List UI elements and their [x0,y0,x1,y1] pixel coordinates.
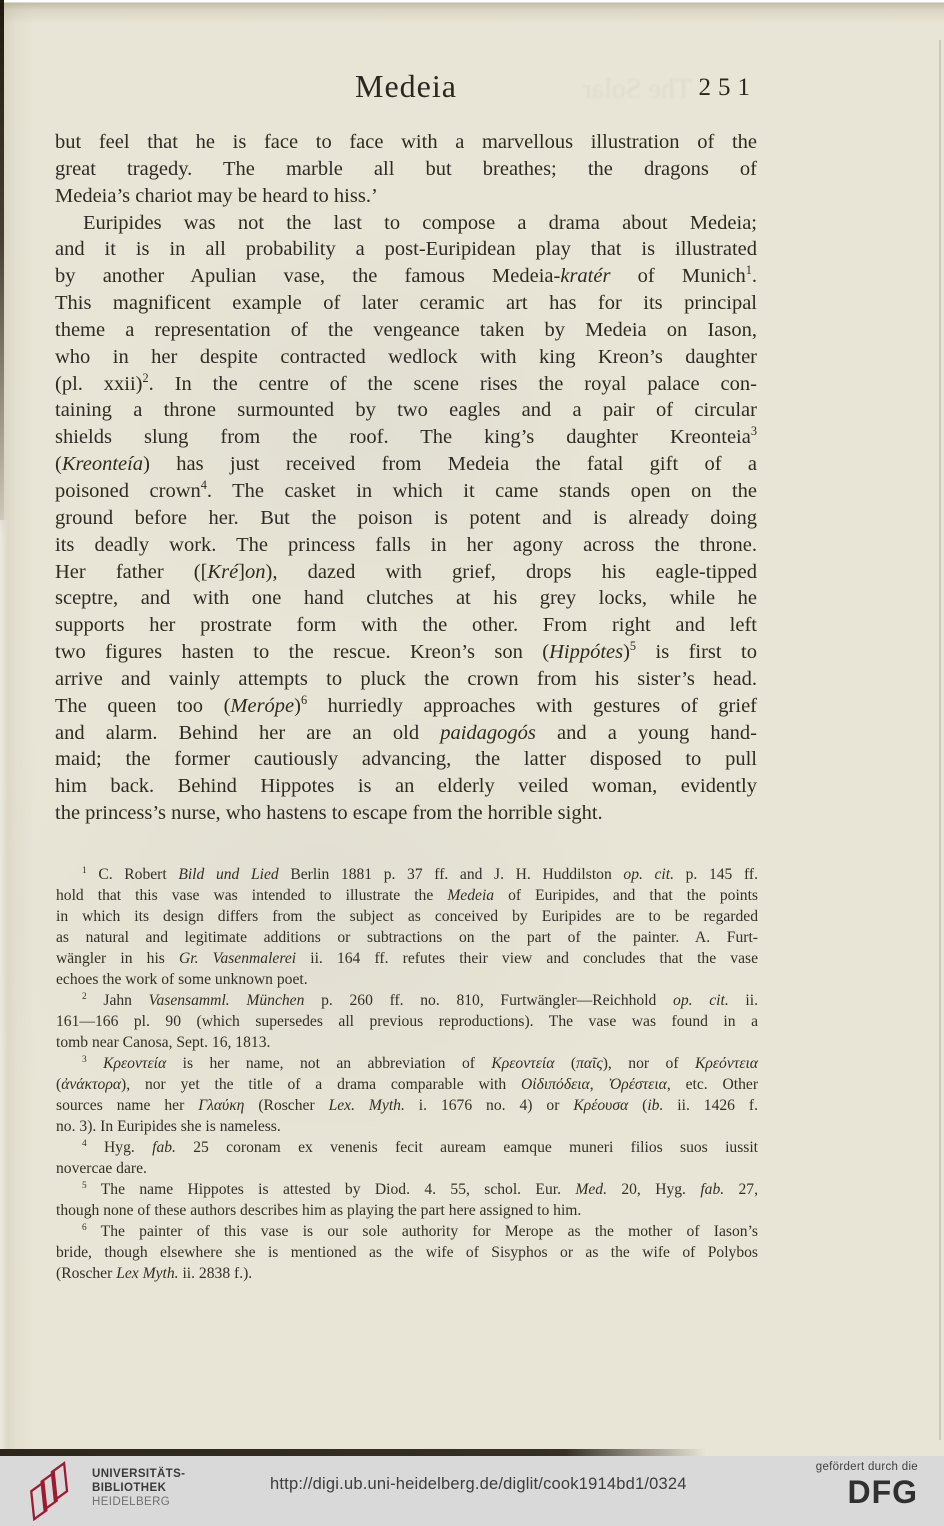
text-line: 6 The painter of this vase is our sole a… [56,1221,758,1242]
text-line: two figures hasten to the rescue. Kreon’… [55,639,757,666]
text-line: Euripides was not the last to compose a … [55,210,757,237]
text-line: echoes the work of some unknown poet. [56,969,758,990]
text-line: as natural and legitimate additions or s… [56,927,758,948]
text-line: no. 3). In Euripides she is nameless. [56,1116,758,1137]
text-line: supports her prostrate form with the oth… [55,612,757,639]
scanned-book-page: The Solar oriental costume, has gras Med… [0,0,944,1526]
text-line: taining a throne surmounted by two eagle… [55,397,757,424]
text-line: novercae dare. [56,1158,758,1179]
text-line: (ἀνάκτορα), nor yet the title of a drama… [56,1074,758,1095]
text-line: shields slung from the roof. The king’s … [55,424,757,451]
text-line: 161—166 pl. 90 (which supersedes all pre… [56,1011,758,1032]
page-title: Medeia [55,68,757,105]
text-line: 4 Hyg. fab. 25 coronam ex venenis fecit … [56,1137,758,1158]
text-line: 1 C. Robert Bild und Lied Berlin 1881 p.… [56,864,758,885]
text-line: 3 Κρεοντεία is her name, not an abbrevia… [56,1053,758,1074]
footnotes-section: 1 C. Robert Bild und Lied Berlin 1881 p.… [56,864,758,1284]
footer-bar: UNIVERSITÄTS- BIBLIOTHEK HEIDELBERG http… [0,1456,944,1526]
page-edge-left-highlight [0,520,8,1456]
text-line: ground before her. But the poison is pot… [55,505,757,532]
text-line: who in her despite contracted wedlock wi… [55,344,757,371]
text-line: in which its design differs from the sub… [56,906,758,927]
text-line: sources name her Γλαύκη (Roscher Lex. My… [56,1095,758,1116]
text-line: hold that this vase was intended to illu… [56,885,758,906]
page-number: 251 [699,74,758,102]
library-name: UNIVERSITÄTS- BIBLIOTHEK HEIDELBERG [92,1467,185,1509]
text-line: 5 The name Hippotes is attested by Diod.… [56,1179,758,1200]
text-line: arrive and vainly attempts to pluck the … [55,666,757,693]
library-name-line1: UNIVERSITÄTS- [92,1467,185,1481]
page-edge-left-shadow [0,0,4,540]
funding-label: gefördert durch die [816,1461,918,1473]
text-line: sceptre, and with one hand clutches at h… [55,585,757,612]
funding-block: gefördert durch die DFG [816,1461,918,1509]
text-line: and alarm. Behind her are an old paidago… [55,720,757,747]
text-line: This magnificent example of later cerami… [55,290,757,317]
text-line: Her father ([Kré]on), dazed with grief, … [55,559,757,586]
text-line: The queen too (Merópe)6 hurriedly approa… [55,693,757,720]
library-name-line2: BIBLIOTHEK [92,1481,185,1495]
text-line: its deadly work. The princess falls in h… [55,532,757,559]
page-edge-right [939,40,941,1440]
text-line: (Roscher Lex Myth. ii. 2838 f.). [56,1263,758,1284]
text-line: great tragedy. The marble all but breath… [55,156,757,183]
text-line: Medeia’s chariot may be heard to hiss.’ [55,183,757,210]
dfg-logo: DFG [816,1475,918,1509]
text-line: 2 Jahn Vasensamml. München p. 260 ff. no… [56,990,758,1011]
library-name-line3: HEIDELBERG [92,1495,185,1509]
text-line: him back. Behind Hippotes is an elderly … [55,773,757,800]
text-line: but feel that he is face to face with a … [55,129,757,156]
text-line: by another Apulian vase, the famous Mede… [55,263,757,290]
text-line: maid; the former cautiously advancing, t… [55,746,757,773]
text-line: and it is in all probability a post-Euri… [55,236,757,263]
body-text: but feel that he is face to face with a … [55,129,757,827]
page-url: http://digi.ub.uni-heidelberg.de/diglit/… [270,1475,687,1494]
text-line: tomb near Canosa, Sept. 16, 1813. [56,1032,758,1053]
text-line: poisoned crown4. The casket in which it … [55,478,757,505]
text-line: (pl. xxii)2. In the centre of the scene … [55,371,757,398]
library-books-icon [22,1461,80,1521]
text-line: bride, though elsewhere she is mentioned… [56,1242,758,1263]
text-line: theme a representation of the vengeance … [55,317,757,344]
text-line: wängler in his Gr. Vasenmalerei ii. 164 … [56,948,758,969]
text-line: (Kreonteía) has just received from Medei… [55,451,757,478]
text-line: the princess’s nurse, who hastens to esc… [55,800,757,827]
page-edge-bottom-shadow [0,1449,706,1456]
page-header: Medeia 251 [55,68,757,116]
text-line: though none of these authors describes h… [56,1200,758,1221]
